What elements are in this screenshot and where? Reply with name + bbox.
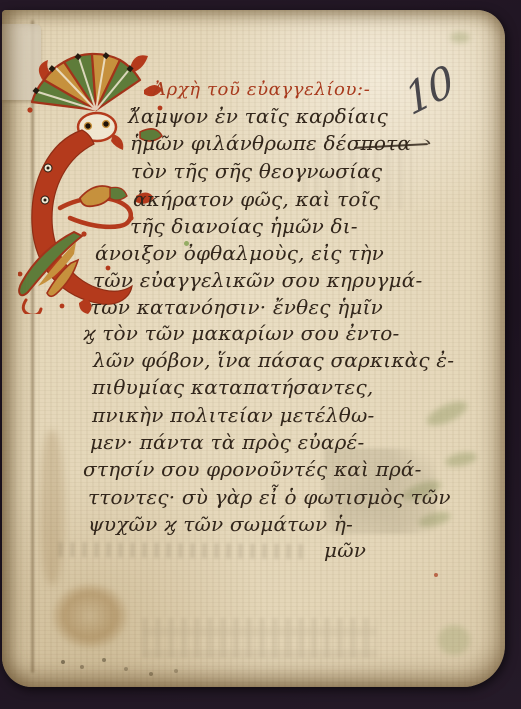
red-fleck bbox=[434, 573, 438, 577]
text-line: λῶν φόβον, ἵνα πάσας σαρκικὰς ἐ- bbox=[93, 350, 454, 370]
text-line: λαμψον ἐν ταῖς καρδίαις bbox=[128, 106, 388, 126]
text-line: πιθυμίας καταπατήσαντες, bbox=[92, 377, 373, 397]
text-line: τὸν τῆς σῆς θεογνωσίας bbox=[131, 161, 382, 181]
text-line: μεν· πάντα τὰ πρὸς εὐαρέ- bbox=[90, 432, 364, 452]
text-line: ϗ τὸν τῶν μακαρίων σου ἐντο- bbox=[83, 323, 399, 343]
show-through-text bbox=[58, 542, 310, 559]
stain-green bbox=[438, 625, 470, 655]
stain-green bbox=[444, 450, 478, 469]
stain-green bbox=[450, 32, 470, 43]
manuscript-page: Ε „ Ἀρχὴ τοῦ εὐαγγελίου:- 10 λαμψον ἐν τ… bbox=[2, 10, 505, 687]
text-line: πνικὴν πολιτείαν μετέλθω- bbox=[92, 405, 374, 425]
stain-drip bbox=[40, 430, 64, 585]
text-line: τῶν εὐαγγελικῶν σου κηρυγμά- bbox=[93, 270, 422, 290]
text-line: άνοιξον ὀφθαλμοὺς, εἰς τὴν bbox=[95, 243, 384, 263]
text-line: στησίν σου φρονοῦντές καὶ πρά- bbox=[83, 459, 422, 479]
text-line: μῶν bbox=[324, 540, 366, 560]
text-line: τῆς διανοίας ἡμῶν δι- bbox=[130, 216, 358, 236]
stain-green bbox=[417, 509, 452, 530]
stain-green bbox=[423, 396, 470, 430]
text-line: ψυχῶν ϗ τῶν σωμάτων ἡ- bbox=[88, 514, 353, 534]
stain-brown-blot bbox=[52, 583, 128, 649]
text-line: ἀκήρατον φῶς, καὶ τοῖς bbox=[133, 189, 380, 209]
text-line: των κατανόησιν· ἔνθες ἡμῖν bbox=[90, 297, 383, 317]
text-line: ττοντες· σὺ γὰρ εἶ ὁ φωτισμὸς τῶν bbox=[88, 487, 451, 507]
show-through-text bbox=[142, 618, 377, 658]
photo-frame: Ε „ Ἀρχὴ τοῦ εὐαγγελίου:- 10 λαμψον ἐν τ… bbox=[0, 0, 521, 709]
rubric-title: Ἀρχὴ τοῦ εὐαγγελίου:- bbox=[153, 79, 370, 100]
text-line: ἡμῶν φιλάνθρωπε δέσποτα bbox=[130, 133, 411, 153]
folio-number: 10 bbox=[399, 55, 458, 125]
ink-speckles bbox=[54, 655, 56, 657]
